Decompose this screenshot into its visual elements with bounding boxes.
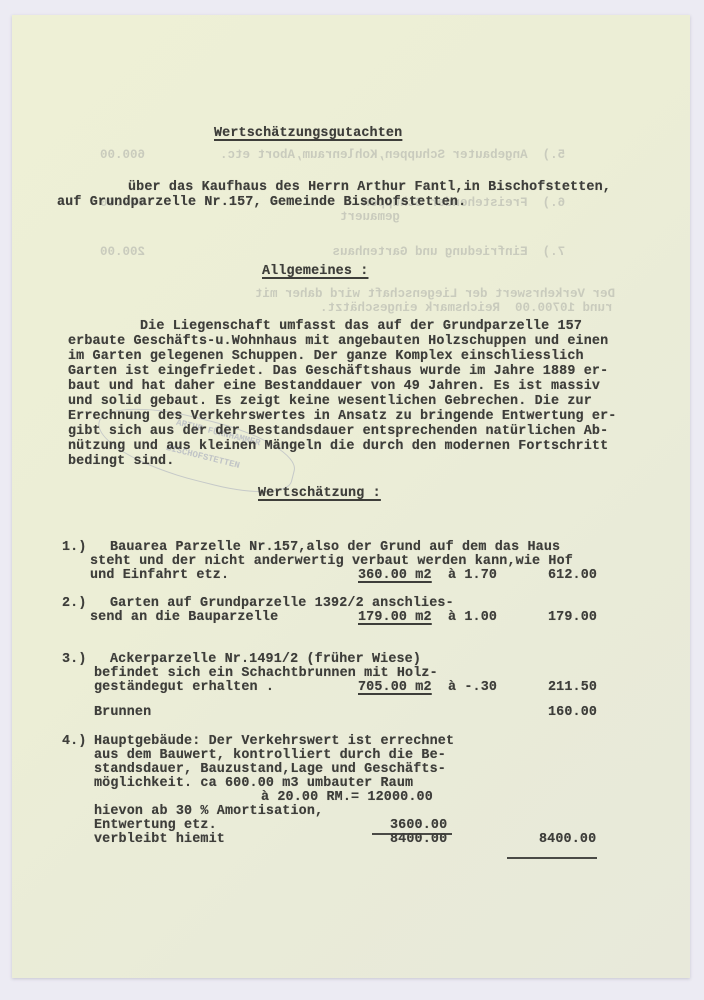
item-text: befindet sich ein Schachtbrunnen mit Hol… [94,667,438,681]
item-amount: 211.50 [548,681,597,695]
paragraph-line: bedingt sind. [68,455,174,469]
item-area: 705.00 m2 [358,681,432,695]
paragraph-line: nützung und aus kleinen Mängeln die durc… [68,440,608,454]
paragraph-line: baut und hat daher eine Bestanddauer von… [68,380,600,394]
section-heading-valuation: Wertschätzung : [258,487,381,501]
item-rate: à 1.00 [448,611,497,625]
remaining-label: verbleibt hiemit [94,833,225,847]
item-number: 1.) [62,541,87,555]
paragraph-line: erbaute Geschäfts-u.Wohnhaus mit angebau… [68,335,608,349]
item-area: 179.00 m2 [358,611,432,625]
document-title: Wertschätzungsgutachten [214,127,402,141]
paragraph-line: und solid gebaut. Es zeigt keine wesentl… [68,395,592,409]
well-amount: 160.00 [548,706,597,720]
remaining-subtotal: 8400.00 [390,833,447,847]
intro-line: auf Grundparzelle Nr.157, Gemeinde Bisch… [57,196,466,210]
item-text: geständegut erhalten . [94,681,274,695]
show-through-line: rund 10700.00 Reichsmark eingeschätzt. [320,301,613,315]
item-number: 2.) [62,597,87,611]
item-rate: à 1.70 [448,569,497,583]
well-label: Brunnen [94,706,151,720]
item-amount: 179.00 [548,611,597,625]
item-text: Ackerparzelle Nr.1491/2 (früher Wiese) [110,653,421,667]
deduction-amount: 3600.00 [390,819,447,833]
item-area: 360.00 m2 [358,569,432,583]
paragraph-line: Errechnung des Verkehrswertes in Ansatz … [68,410,616,424]
item-text: Bauarea Parzelle Nr.157,also der Grund a… [110,541,560,555]
item-rate-line: à 20.00 RM.= 12000.00 [261,791,433,805]
remaining-amount: 8400.00 [539,833,596,847]
paragraph-line: gibt sich aus der der Bestandsdauer ents… [68,425,608,439]
show-through-line: 7.) Einfriedung und Gartenhaus 200.00 [100,245,565,259]
show-through-line: Der Verkehrswert der Liegenschaft wird d… [255,287,615,301]
paragraph-line: im Garten gelegenen Schuppen. Der ganze … [68,350,584,364]
item-text: send an die Bauparzelle [90,611,278,625]
show-through-line: 5.) Angebauter Schuppen,Kohlenraum,Abort… [100,148,565,162]
item-text: möglichkeit. ca 600.00 m3 umbauter Raum [94,777,413,791]
item-text: Hauptgebäude: Der Verkehrswert ist errec… [94,735,454,749]
item-text: steht und der nicht anderwertig verbaut … [90,555,573,569]
deduction-label: Entwertung etz. [94,819,217,833]
item-amount: 612.00 [548,569,597,583]
item-number: 4.) [62,735,87,749]
paragraph-line: Garten ist eingefriedet. Das Geschäftsha… [68,365,608,379]
item-text: standsdauer, Bauzustand,Lage und Geschäf… [94,763,446,777]
section-heading-general: Allgemeines : [262,265,368,279]
item-number: 3.) [62,653,87,667]
item-text: Garten auf Grundparzelle 1392/2 anschlie… [110,597,454,611]
item-rate: à -.30 [448,681,497,695]
show-through-line: gemauert [340,210,453,224]
intro-line: über das Kaufhaus des Herrn Arthur Fantl… [128,181,611,195]
total-rule [507,857,597,859]
deduction-label: hievon ab 30 % Amortisation, [94,805,323,819]
item-text: und Einfahrt etz. [90,569,229,583]
item-text: aus dem Bauwert, kontrolliert durch die … [94,749,446,763]
paragraph-line: Die Liegenschaft umfasst das auf der Gru… [140,320,582,334]
